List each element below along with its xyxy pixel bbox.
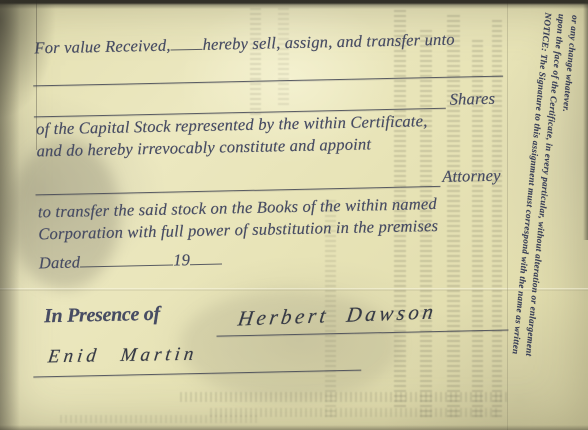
witness-signature-line — [33, 370, 361, 378]
dated-line: Dated19 — [39, 247, 223, 273]
attorney-blank-line — [36, 186, 441, 195]
witness-signature: Enid Martin — [47, 344, 199, 369]
appoint-line: and do hereby irrevocably constitute and… — [36, 134, 371, 161]
photo-edge-top — [0, 0, 588, 9]
year-blank-field — [190, 247, 222, 265]
transfer-clause-text: hereby sell, assign, and transfer unto — [202, 29, 455, 54]
certificate-back-photo: For value Received,hereby sell, assign, … — [0, 0, 588, 430]
shares-label: Shares — [449, 89, 495, 110]
date-blank-field — [80, 248, 173, 267]
photo-corner-shadow — [0, 0, 60, 120]
value-received-line: For value Received,hereby sell, assign, … — [34, 27, 455, 58]
photo-edge-right — [583, 0, 588, 240]
transferee-blank-line — [33, 76, 503, 87]
in-presence-of-label: In Presence of — [44, 303, 160, 328]
photo-edge-bottom — [0, 425, 588, 430]
dated-label: Dated — [39, 252, 81, 273]
year-prefix: 19 — [173, 250, 190, 270]
attorney-label: Attorney — [442, 166, 501, 187]
assignor-blank-field — [170, 32, 202, 50]
